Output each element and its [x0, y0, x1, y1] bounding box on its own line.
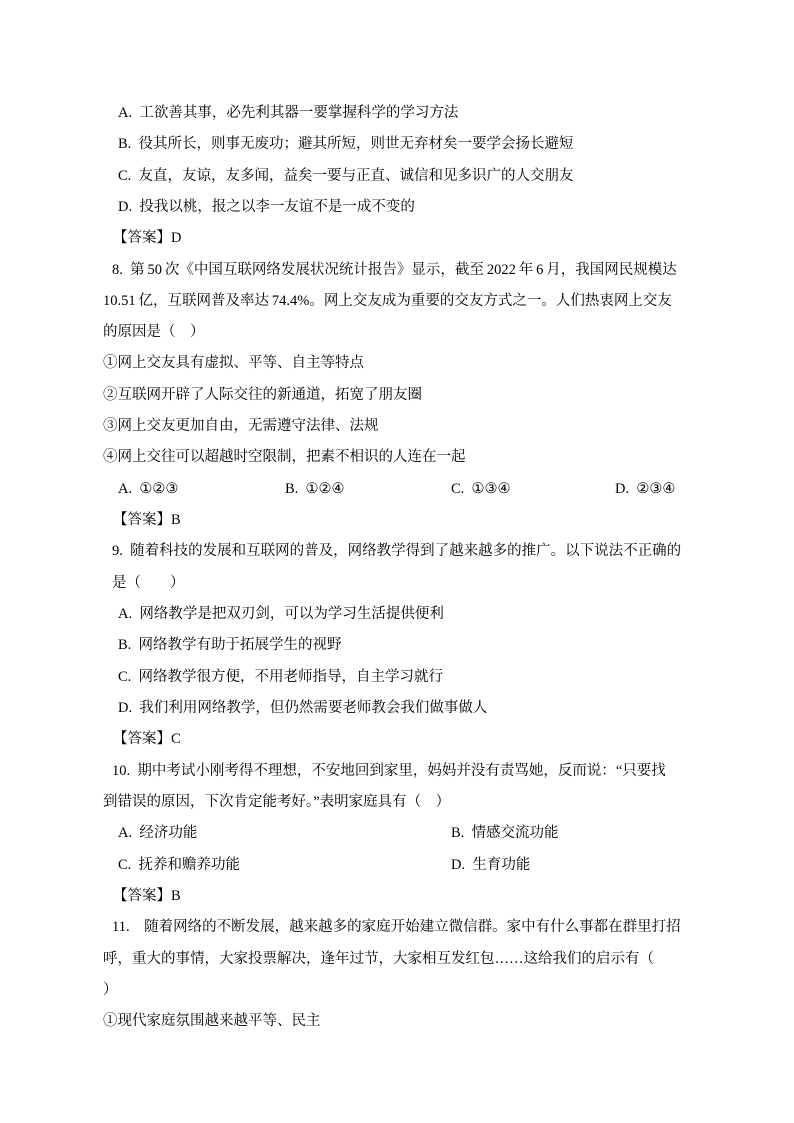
q8-stem-3-question-line: 的原因是（ ）	[103, 324, 205, 340]
q8-stem-2-question-line: 10.51 亿，互联网普及率达 74.4%。网上交友成为重要的交友方式之一。人们…	[103, 293, 672, 309]
q8-item-3-sub-item-line: ③网上交友更加自由，无需遵守法律、法规	[103, 418, 379, 434]
q10-option-a-option-line: A. 经济功能	[118, 825, 197, 841]
q10-stem-1-question-line: 10. 期中考试小刚考得不理想，不安地回到家里，妈妈并没有责骂她，反而说：“只要…	[112, 763, 666, 779]
q10-stem-2-question-line: 到错误的原因，下次肯定能考好。”表明家庭具有（ ）	[103, 794, 450, 810]
q8-item-2-sub-item-line: ②互联网开辟了人际交往的新通道，拓宽了朋友圈	[103, 387, 422, 403]
q7-option-d-option-line: D. 投我以桃，报之以李一友谊不是一成不变的	[118, 199, 415, 215]
q8-item-4-sub-item-line: ④网上交往可以超越时空限制，把素不相识的人连在一起	[103, 449, 466, 465]
q9-option-c-option-line: C. 网络教学很方便，不用老师指导，自主学习就行	[118, 669, 443, 685]
q9-stem-2-question-line: 是（ ）	[112, 575, 185, 591]
q9-stem-1-question-line: 9. 随着科技的发展和互联网的普及，网络教学得到了越来越多的推广。以下说法不正确…	[112, 543, 681, 559]
q10-option-c-option-line: C. 抚养和赡养功能	[118, 857, 240, 873]
q7-option-b-option-line: B. 役其所长，则事无废功；避其所短，则世无弃材矣一要学会扬长避短	[118, 136, 574, 152]
q8-answer-answer-line: 【答案】B	[113, 512, 181, 528]
q7-option-a-option-line: A. 工欲善其事，必先利其器一要掌握科学的学习方法	[118, 105, 458, 121]
q11-stem-2-question-line: 呼，重大的事情，大家投票解决，逢年过节，大家相互发红包……这给我们的启示有（	[103, 951, 654, 967]
q7-answer-answer-line: 【答案】D	[113, 230, 181, 246]
q8-choice-b-option-line: B. ①②④	[285, 481, 345, 497]
q9-option-b-option-line: B. 网络教学有助于拓展学生的视野	[118, 637, 342, 653]
q11-stem-1-question-line: 11. 随着网络的不断发展，越来越多的家庭开始建立微信群。家中有什么事都在群里打…	[112, 919, 681, 935]
q9-answer-answer-line: 【答案】C	[113, 731, 181, 747]
q10-answer-answer-line: 【答案】B	[113, 888, 181, 904]
q7-option-c-option-line: C. 友直，友谅，友多闻，益矣一要与正直、诚信和见多识广的人交朋友	[118, 168, 574, 184]
q10-option-b-option-line: B. 情感交流功能	[451, 825, 559, 841]
q8-stem-1-question-line: 8. 第 50 次《中国互联网络发展状况统计报告》显示，截至 2022 年 6 …	[112, 262, 677, 278]
q8-item-1-sub-item-line: ①网上交友具有虚拟、平等、自主等特点	[103, 355, 364, 371]
q11-stem-3-question-line: ）	[103, 982, 118, 998]
document-page: A. 工欲善其事，必先利其器一要掌握科学的学习方法B. 役其所长，则事无废功；避…	[0, 0, 794, 1123]
q8-choice-c-option-line: C. ①③④	[451, 481, 511, 497]
q10-option-d-option-line: D. 生育功能	[451, 857, 530, 873]
q8-choice-d-option-line: D. ②③④	[615, 481, 675, 497]
q11-item-1-sub-item-line: ①现代家庭氛围越来越平等、民主	[103, 1013, 321, 1029]
q8-choice-a-option-line: A. ①②③	[118, 481, 178, 497]
q9-option-a-option-line: A. 网络教学是把双刃剑，可以为学习生活提供便利	[118, 606, 444, 622]
q9-option-d-option-line: D. 我们利用网络教学，但仍然需要老师教会我们做事做人	[118, 700, 487, 716]
